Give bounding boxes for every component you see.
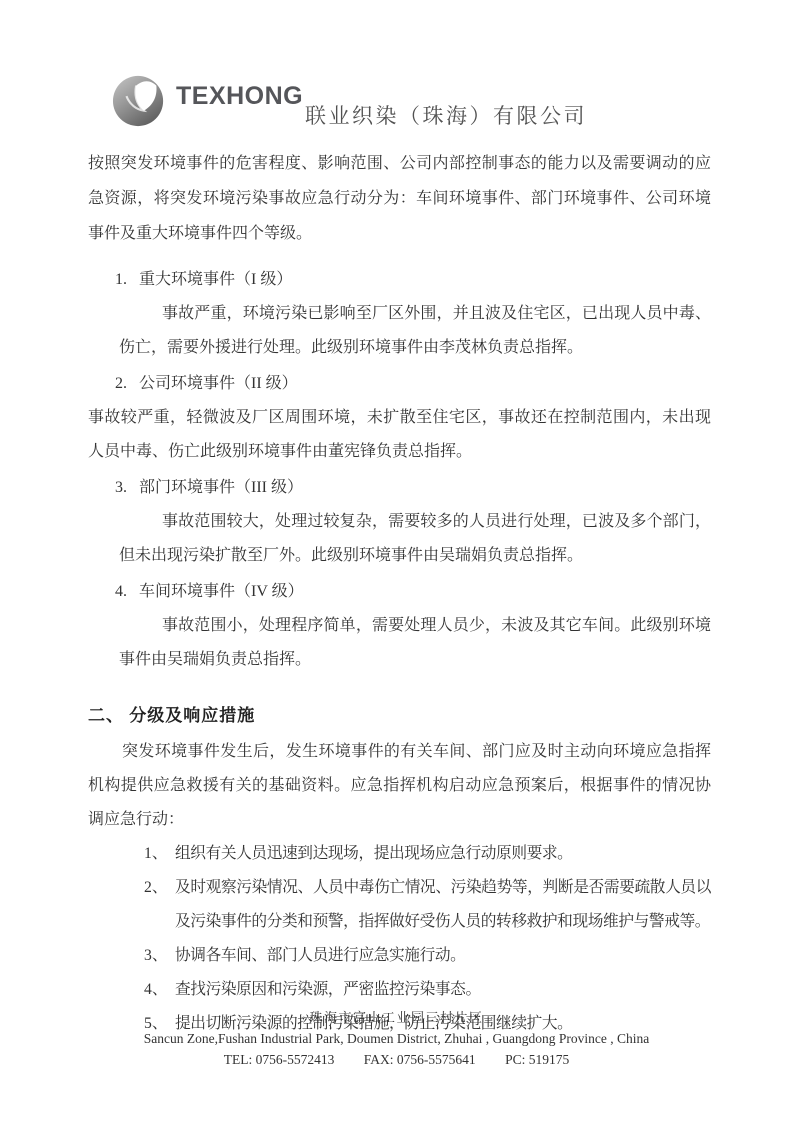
level-item-4: 4. 车间环境事件（IV 级） 事故范围小，处理程序简单，需要处理人员少，未波及…: [88, 575, 711, 677]
footer-tel: TEL: 0756-5572413: [224, 1052, 335, 1067]
level-item-2: 2. 公司环境事件（II 级） 事故较严重，轻微波及厂区周围环境，未扩散至住宅区…: [88, 367, 711, 469]
level-item-3: 3. 部门环境事件（III 级） 事故范围较大，处理过较复杂，需要较多的人员进行…: [88, 471, 711, 573]
document-body: 按照突发环境事件的危害程度、影响范围、公司内部控制事态的能力以及需要调动的应急资…: [88, 146, 711, 1041]
action-text: 查找污染原因和污染源，严密监控污染事态。: [175, 973, 711, 1007]
page-footer: 珠海市富山工业园三村片区 Sancun Zone,Fushan Industri…: [0, 1008, 793, 1070]
action-text: 协调各车间、部门人员进行应急实施行动。: [175, 939, 711, 973]
level-heading: 2. 公司环境事件（II 级）: [88, 367, 711, 401]
action-item-2: 2、 及时观察污染情况、人员中毒伤亡情况、污染趋势等，判断是否需要疏散人员以及污…: [144, 871, 711, 939]
level-title: 重大环境事件（I 级）: [139, 263, 292, 297]
intro-paragraph: 按照突发环境事件的危害程度、影响范围、公司内部控制事态的能力以及需要调动的应急资…: [88, 146, 711, 251]
level-title: 公司环境事件（II 级）: [139, 367, 298, 401]
level-number: 3.: [115, 471, 139, 505]
level-description: 事故严重，环境污染已影响至厂区外围，并且波及住宅区，已出现人员中毒、伤亡，需要外…: [119, 297, 711, 365]
action-item-3: 3、 协调各车间、部门人员进行应急实施行动。: [144, 939, 711, 973]
level-item-1: 1. 重大环境事件（I 级） 事故严重，环境污染已影响至厂区外围，并且波及住宅区…: [88, 263, 711, 365]
section-intro-paragraph: 突发环境事件发生后，发生环境事件的有关车间、部门应及时主动向环境应急指挥机构提供…: [88, 735, 711, 837]
brand-name: TEXHONG: [176, 82, 303, 111]
footer-contact-line: TEL: 0756-5572413 FAX: 0756-5575641 PC: …: [0, 1050, 793, 1070]
level-heading: 1. 重大环境事件（I 级）: [88, 263, 711, 297]
action-item-1: 1、 组织有关人员迅速到达现场，提出现场应急行动原则要求。: [144, 837, 711, 871]
footer-address-en: Sancun Zone,Fushan Industrial Park, Doum…: [0, 1029, 793, 1049]
level-description: 事故范围小，处理程序简单，需要处理人员少，未波及其它车间。此级别环境事件由吴瑞娟…: [119, 609, 711, 677]
level-heading: 4. 车间环境事件（IV 级）: [88, 575, 711, 609]
section-heading: 二、 分级及响应措施: [88, 699, 711, 733]
level-description: 事故较严重，轻微波及厂区周围环境，未扩散至住宅区，事故还在控制范围内，未出现人员…: [88, 401, 711, 469]
action-text: 组织有关人员迅速到达现场，提出现场应急行动原则要求。: [175, 837, 711, 871]
action-text: 及时观察污染情况、人员中毒伤亡情况、污染趋势等，判断是否需要疏散人员以及污染事件…: [175, 871, 711, 939]
document-page: TEXHONG 联业织染（珠海）有限公司 按照突发环境事件的危害程度、影响范围、…: [0, 0, 793, 1122]
footer-address-cn: 珠海市富山工业园三村片区: [0, 1008, 793, 1028]
company-name: 联业织染（珠海）有限公司: [305, 100, 587, 130]
action-number: 3、: [144, 939, 175, 973]
action-number: 2、: [144, 871, 175, 939]
footer-fax: FAX: 0756-5575641: [364, 1052, 476, 1067]
level-number: 1.: [115, 263, 139, 297]
action-number: 4、: [144, 973, 175, 1007]
level-description: 事故范围较大，处理过较复杂，需要较多的人员进行处理，已波及多个部门，但未出现污染…: [119, 505, 711, 573]
level-number: 4.: [115, 575, 139, 609]
action-item-4: 4、 查找污染原因和污染源，严密监控污染事态。: [144, 973, 711, 1007]
action-number: 1、: [144, 837, 175, 871]
incident-level-list: 1. 重大环境事件（I 级） 事故严重，环境污染已影响至厂区外围，并且波及住宅区…: [88, 263, 711, 677]
level-title: 车间环境事件（IV 级）: [139, 575, 304, 609]
header: TEXHONG: [112, 73, 303, 129]
level-title: 部门环境事件（III 级）: [139, 471, 303, 505]
footer-pc: PC: 519175: [505, 1052, 569, 1067]
level-heading: 3. 部门环境事件（III 级）: [88, 471, 711, 505]
level-number: 2.: [115, 367, 139, 401]
texhong-globe-icon: [112, 73, 166, 129]
